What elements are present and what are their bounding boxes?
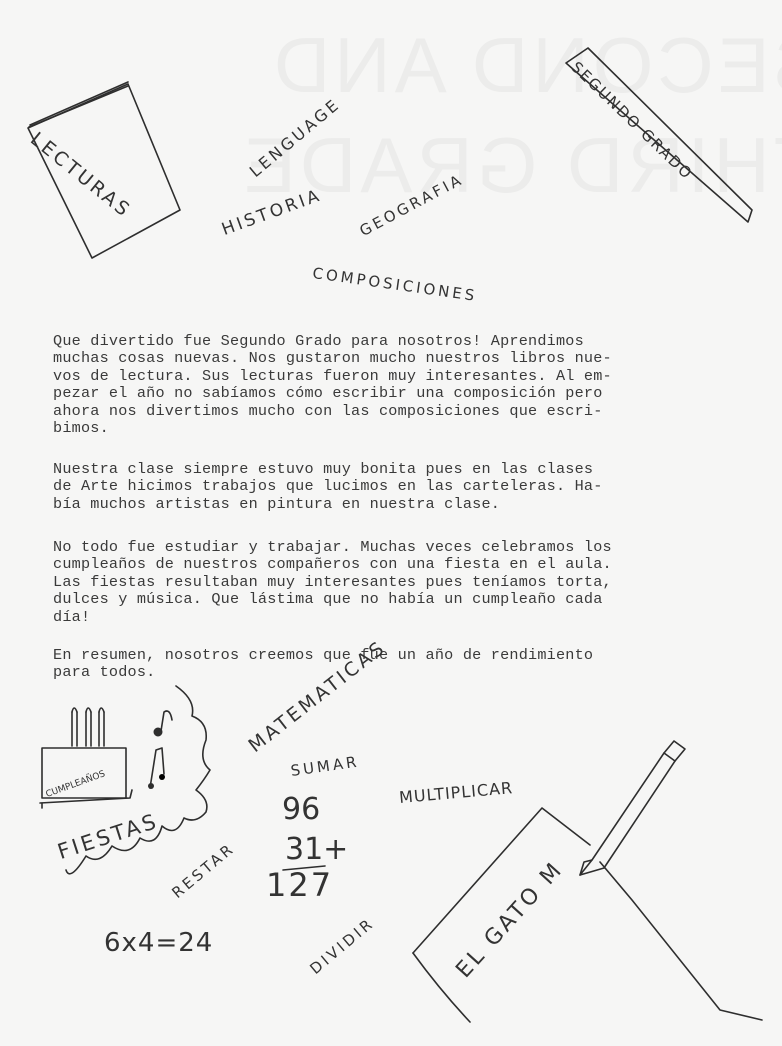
music-note-icon xyxy=(148,711,172,789)
ghost-heading-line1: SECOND AND xyxy=(270,20,782,111)
book-icon xyxy=(28,82,180,258)
paragraph-2: Nuestra clase siempre estuvo muy bonita … xyxy=(53,461,673,513)
paragraph-3: No todo fue estudiar y trabajar. Muchas … xyxy=(53,539,673,626)
math-multiplicar: MULTIPLICAR xyxy=(398,778,513,807)
math-dividir: DIVIDIR xyxy=(306,914,377,978)
subject-composiciones: COMPOSICIONES xyxy=(311,264,478,305)
book-label: LECTURAS xyxy=(26,128,135,222)
math-addend-2: 31+ xyxy=(285,832,348,867)
pencil-icon xyxy=(580,741,685,875)
math-equation: 6x4=24 xyxy=(104,928,213,958)
math-sum: 127 xyxy=(266,866,333,904)
paper-writing: EL GATO M xyxy=(451,857,568,983)
paragraph-1: Que divertido fue Segundo Grado para nos… xyxy=(53,333,673,437)
cake-label: CUMPLEAÑOS xyxy=(45,769,107,800)
paper-sheet xyxy=(413,808,762,1022)
math-addend-1: 96 xyxy=(282,792,320,827)
math-restar: RESTAR xyxy=(168,839,238,902)
math-sumar: SUMAR xyxy=(289,753,360,780)
fiestas-label: FIESTAS xyxy=(55,809,162,864)
